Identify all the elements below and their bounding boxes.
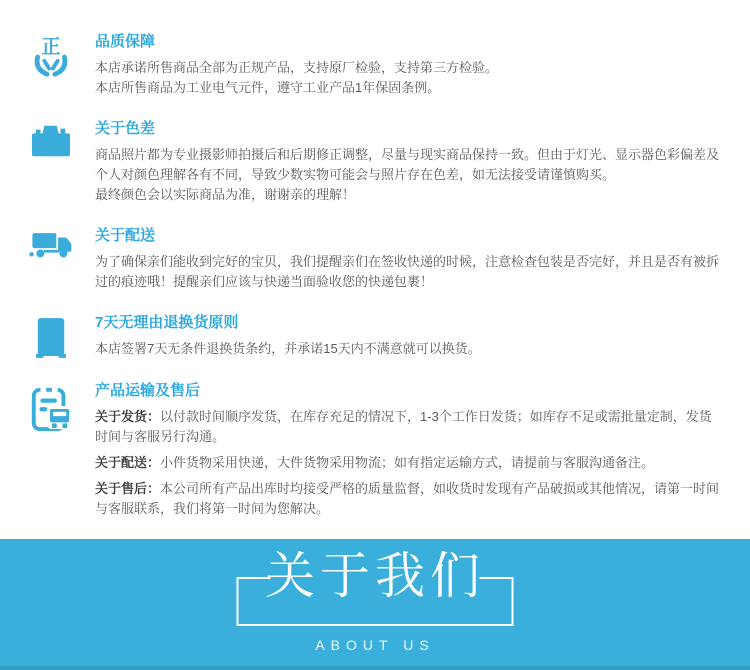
section-content: 7天无理由退换货原则 本店签署7天无条件退换货条约，并承诺15天内不满意就可以换… — [95, 314, 720, 360]
banner-subtitle: ABOUT US — [0, 637, 750, 653]
section-title: 产品运输及售后 — [95, 382, 720, 400]
section-paragraph-shipping: 关于发货：以付款时间顺序发货，在库存充足的情况下，1-3个工作日发货；如库存不足… — [95, 407, 720, 447]
paragraph-label: 关于配送： — [95, 455, 160, 470]
svg-text:正: 正 — [41, 36, 60, 58]
paragraph-text: 以付款时间顺序发货，在库存充足的情况下，1-3个工作日发货；如库存不足或需批量定… — [95, 409, 712, 444]
paragraph-label: 关于售后： — [95, 481, 160, 496]
product-info-page: 正 品质保障 本店承诺所售商品全部为正规产品，支持原厂检验，支持第三方检验。 本… — [0, 0, 750, 670]
section-delivery: 关于配送 为了确保亲们能收到完好的宝贝，我们提醒亲们在签收快递的时候，注意检查包… — [28, 227, 720, 292]
section-shipping-aftersales: 产品运输及售后 关于发货：以付款时间顺序发货，在库存充足的情况下，1-3个工作日… — [28, 382, 720, 519]
section-title: 品质保障 — [95, 33, 720, 51]
section-paragraph: 最终颜色会以实际商品为准，谢谢亲的理解！ — [95, 185, 720, 205]
section-color-difference: 关于色差 商品照片都为专业摄影师拍摄后和后期修正调整，尽量与现实商品保持一致。但… — [28, 120, 720, 205]
section-paragraph: 本店签署7天无条件退换货条约，并承诺15天内不满意就可以换货。 — [95, 339, 720, 359]
service-sections: 正 品质保障 本店承诺所售商品全部为正规产品，支持原厂检验，支持第三方检验。 本… — [0, 0, 750, 539]
paragraph-text: 小件货物采用快递，大件货物采用物流；如有指定运输方式，请提前与客服沟通备注。 — [160, 455, 654, 470]
section-content: 关于色差 商品照片都为专业摄影师拍摄后和后期修正调整，尽量与现实商品保持一致。但… — [95, 120, 720, 205]
section-content: 品质保障 本店承诺所售商品全部为正规产品，支持原厂检验，支持第三方检验。 本店所… — [95, 33, 720, 98]
section-quality-assurance: 正 品质保障 本店承诺所售商品全部为正规产品，支持原厂检验，支持第三方检验。 本… — [28, 33, 720, 98]
section-paragraph-delivery: 关于配送：小件货物采用快递，大件货物采用物流；如有指定运输方式，请提前与客服沟通… — [95, 453, 720, 473]
genuine-hands-icon: 正 — [28, 33, 74, 98]
section-return-policy: 7天无理由退换货原则 本店签署7天无条件退换货条约，并承诺15天内不满意就可以换… — [28, 314, 720, 360]
section-content: 产品运输及售后 关于发货：以付款时间顺序发货，在库存充足的情况下，1-3个工作日… — [95, 382, 720, 519]
section-title: 7天无理由退换货原则 — [95, 314, 720, 332]
section-title: 关于配送 — [95, 227, 720, 245]
section-title: 关于色差 — [95, 120, 720, 138]
paragraph-text: 本公司所有产品出库时均接受严格的质量监督，如收货时发现有产品破损或其他情况，请第… — [95, 481, 719, 516]
camera-icon — [28, 120, 74, 205]
package-icon — [28, 314, 74, 360]
section-paragraph-aftersales: 关于售后：本公司所有产品出库时均接受严格的质量监督，如收货时发现有产品破损或其他… — [95, 479, 720, 519]
about-us-banner: 关于我们 ABOUT US — [0, 539, 750, 670]
delivery-truck-icon — [28, 227, 74, 292]
banner-frame — [237, 577, 514, 626]
section-paragraph: 商品照片都为专业摄影师拍摄后和后期修正调整，尽量与现实商品保持一致。但由于灯光、… — [95, 145, 720, 185]
section-paragraph: 为了确保亲们能收到完好的宝贝，我们提醒亲们在签收快递的时候，注意检查包装是否完好… — [95, 252, 720, 292]
section-content: 关于配送 为了确保亲们能收到完好的宝贝，我们提醒亲们在签收快递的时候，注意检查包… — [95, 227, 720, 292]
banner-bottom-edge — [0, 666, 750, 670]
section-paragraph: 本店承诺所售商品全部为正规产品，支持原厂检验，支持第三方检验。 — [95, 58, 720, 78]
section-paragraph: 本店所售商品为工业电气元件，遵守工业产品1年保固条例。 — [95, 78, 720, 98]
clipboard-truck-icon — [28, 382, 74, 519]
paragraph-label: 关于发货： — [95, 409, 160, 424]
